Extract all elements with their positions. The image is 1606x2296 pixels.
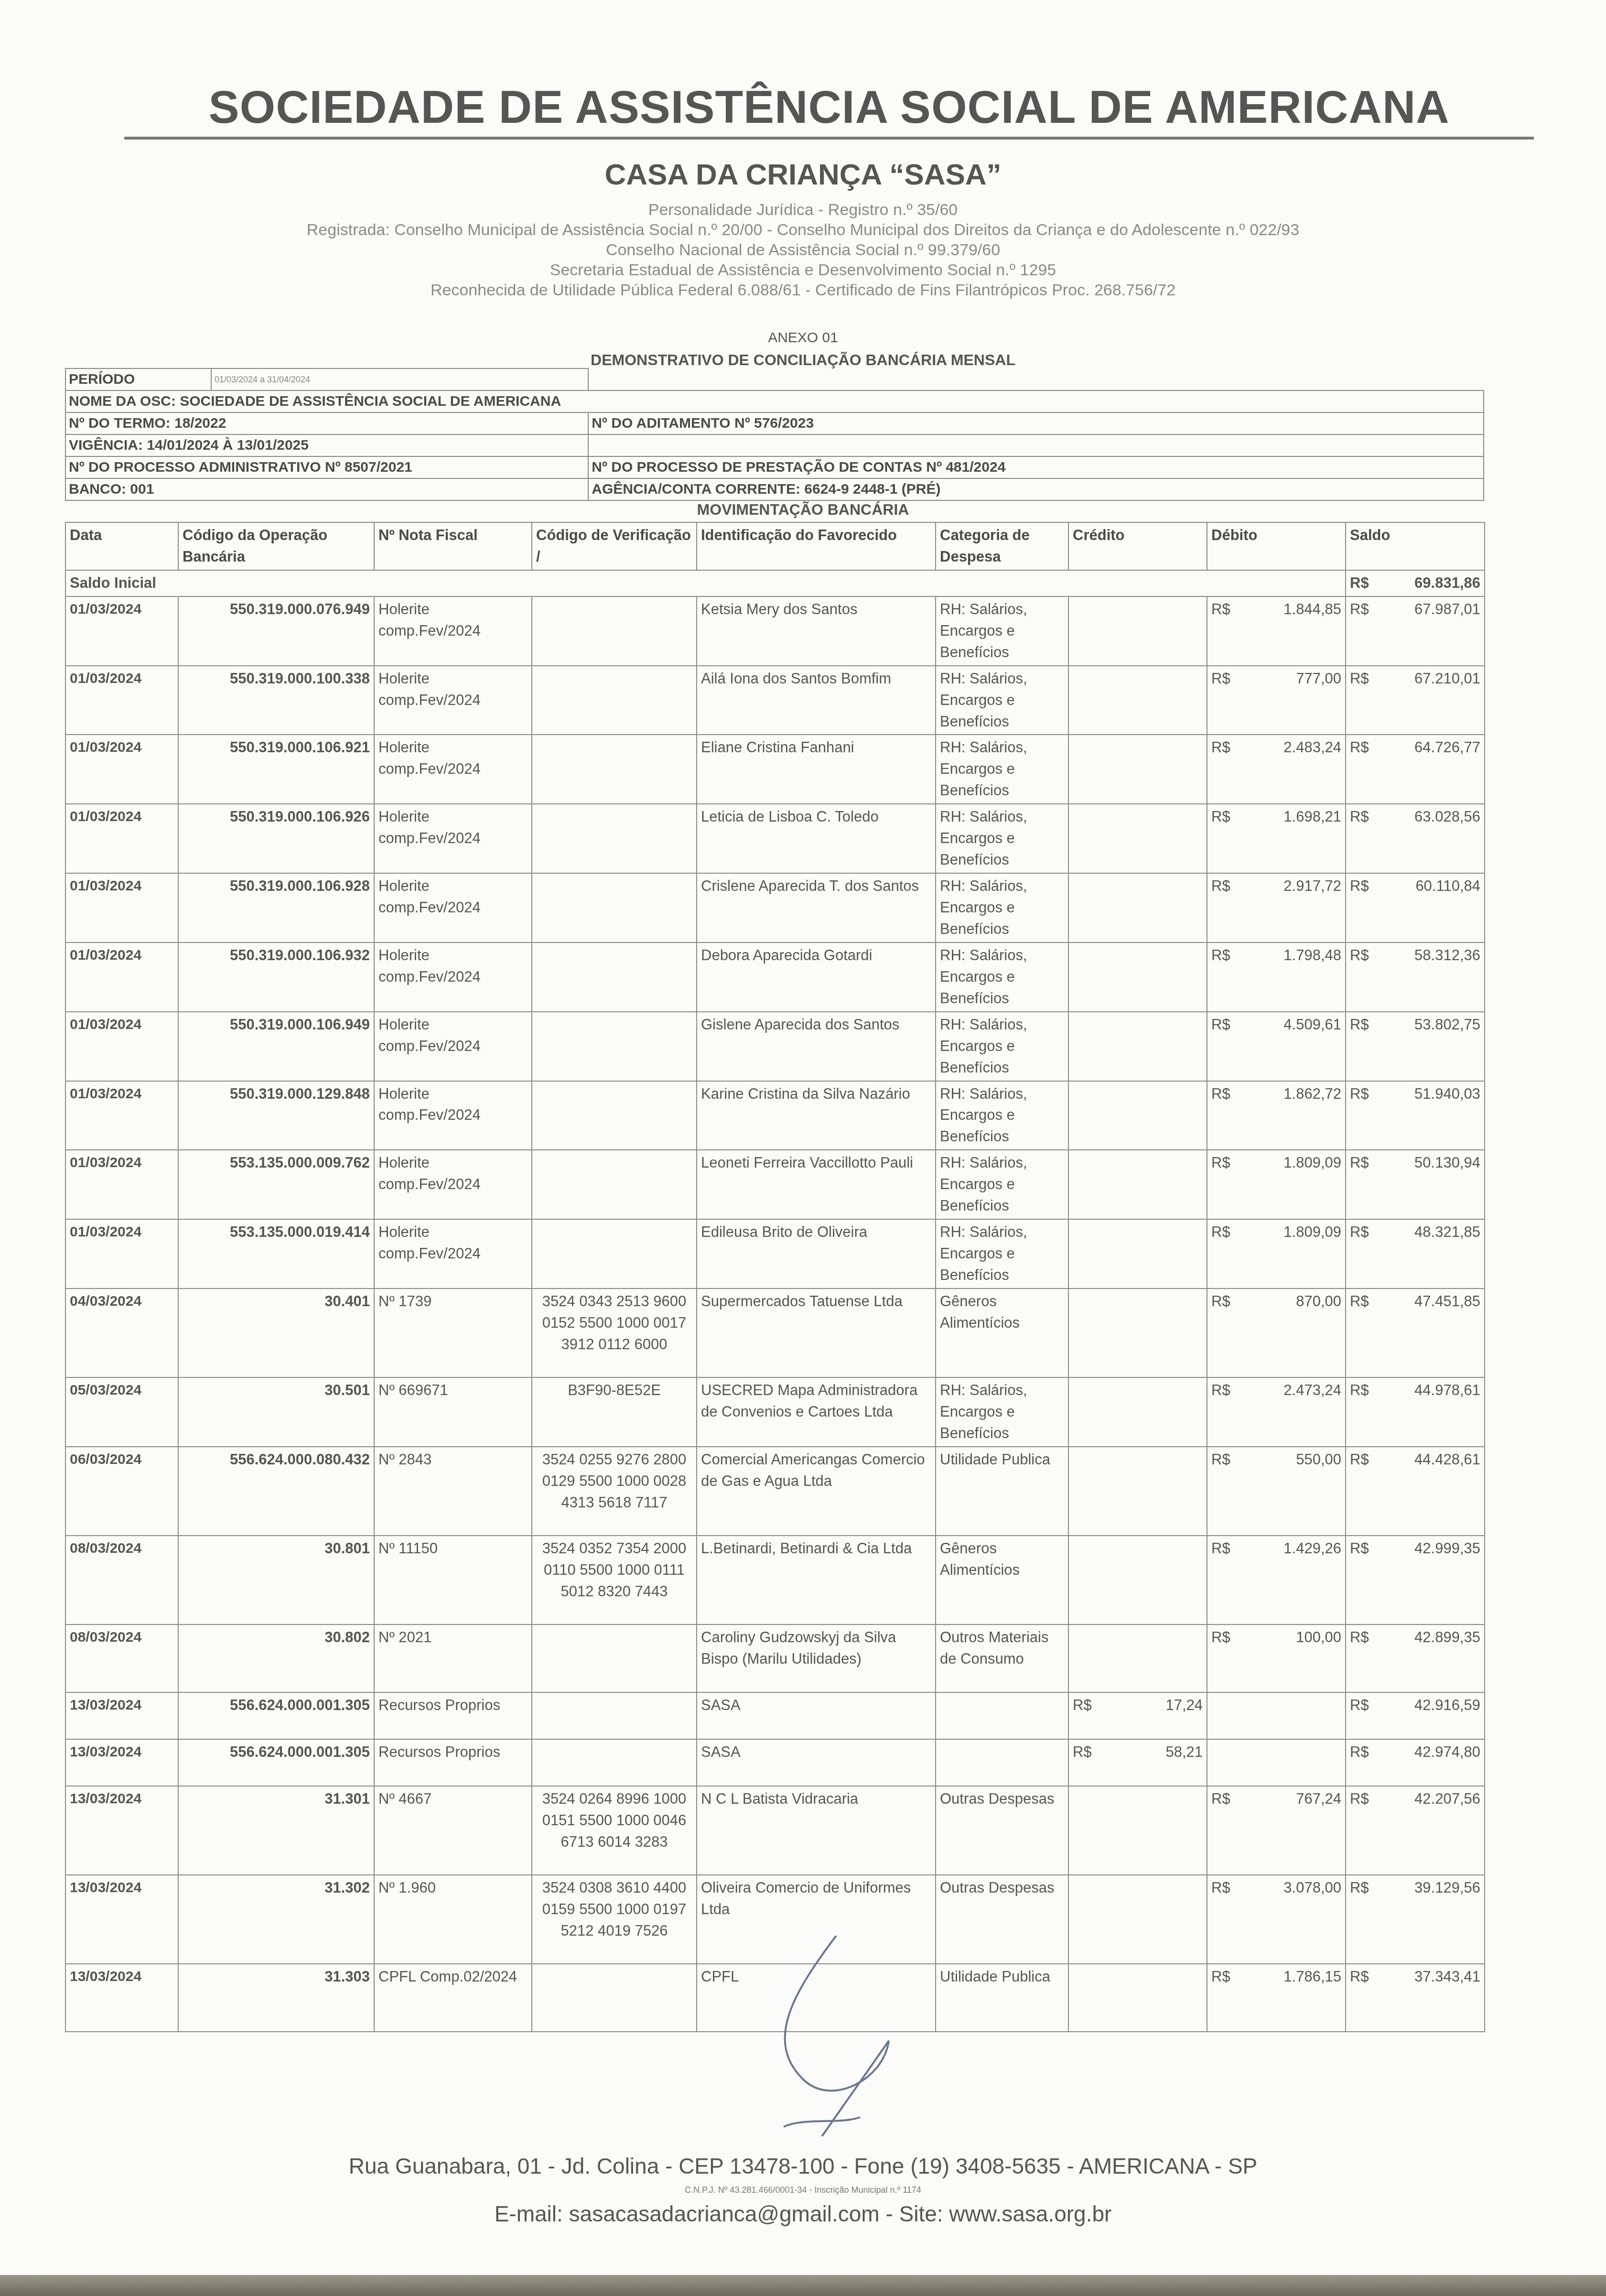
cell-credit (1068, 596, 1207, 666)
col-header: Nº Nota Fiscal (374, 522, 532, 570)
cell-date: 01/03/2024 (65, 942, 178, 1012)
cell-saldo: R$42.974,80 (1346, 1739, 1485, 1786)
cell-category: Outras Despesas (936, 1786, 1068, 1875)
cell-saldo: R$63.028,56 (1346, 804, 1485, 873)
cell-nota-fiscal: Nº 669671 (374, 1377, 532, 1447)
agencia-conta: AGÊNCIA/CONTA CORRENTE: 6624-9 2448-1 (P… (588, 478, 1484, 500)
cell-category: RH: Salários, Encargos e Benefícios (936, 735, 1068, 804)
cell-credit (1068, 1150, 1207, 1219)
col-header: Código da Operação Bancária (178, 522, 374, 570)
cell-credit (1068, 1536, 1207, 1625)
cell-saldo: R$51.940,03 (1346, 1081, 1485, 1150)
cell-date: 01/03/2024 (65, 596, 178, 666)
cell-category: Gêneros Alimentícios (936, 1289, 1068, 1377)
cell-date: 13/03/2024 (65, 1786, 178, 1875)
saldo-inicial-value: R$69.831,86 (1346, 570, 1485, 596)
footer-cnpj: C.N.P.J. Nº 43.281.466/0001-34 - Inscriç… (0, 2185, 1606, 2195)
anexo-label: ANEXO 01 (0, 330, 1606, 346)
cell-operation-code: 550.319.000.106.932 (178, 942, 374, 1012)
cell-nota-fiscal: Holerite comp.Fev/2024 (374, 596, 532, 666)
cell-saldo: R$58.312,36 (1346, 942, 1485, 1012)
cell-date: 01/03/2024 (65, 735, 178, 804)
org-subtitle: CASA DA CRIANÇA “SASA” (0, 158, 1606, 192)
table-row: 05/03/202430.501Nº 669671B3F90-8E52EUSEC… (65, 1377, 1485, 1447)
cell-nota-fiscal: Holerite comp.Fev/2024 (374, 942, 532, 1012)
col-header: Crédito (1068, 522, 1207, 570)
periodo-label: PERÍODO (65, 368, 211, 390)
cell-nota-fiscal: Holerite comp.Fev/2024 (374, 1150, 532, 1219)
cell-date: 13/03/2024 (65, 1875, 178, 1964)
cell-category: RH: Salários, Encargos e Benefícios (936, 1150, 1068, 1219)
cell-saldo: R$67.987,01 (1346, 596, 1485, 666)
cell-operation-code: 31.301 (178, 1786, 374, 1875)
cell-category (936, 1739, 1068, 1786)
cell-debit: R$1.698,21 (1207, 804, 1346, 873)
aditamento: Nº DO ADITAMENTO Nº 576/2023 (588, 412, 1484, 434)
cell-category: RH: Salários, Encargos e Benefícios (936, 942, 1068, 1012)
registration-line: Personalidade Jurídica - Registro n.º 35… (0, 201, 1606, 219)
cell-saldo: R$64.726,77 (1346, 735, 1485, 804)
cell-credit (1068, 1012, 1207, 1081)
table-row: 01/03/2024550.319.000.106.921Holerite co… (65, 735, 1485, 804)
cell-verification-code (532, 1964, 697, 2032)
cell-credit (1068, 1625, 1207, 1692)
nome-osc: NOME DA OSC: SOCIEDADE DE ASSISTÊNCIA SO… (65, 390, 1484, 412)
saldo-inicial-label: Saldo Inicial (65, 570, 1346, 596)
cell-credit: R$58,21 (1068, 1739, 1207, 1786)
cell-saldo: R$67.210,01 (1346, 666, 1485, 735)
cell-favorecido: Edileusa Brito de Oliveira (697, 1219, 936, 1289)
cell-nota-fiscal: Holerite comp.Fev/2024 (374, 873, 532, 942)
cell-saldo: R$42.207,56 (1346, 1786, 1485, 1875)
cell-nota-fiscal: Holerite comp.Fev/2024 (374, 735, 532, 804)
cell-operation-code: 550.319.000.106.921 (178, 735, 374, 804)
cell-debit: R$550,00 (1207, 1447, 1346, 1536)
table-row: 01/03/2024550.319.000.106.926Holerite co… (65, 804, 1485, 873)
cell-credit (1068, 1377, 1207, 1447)
movimentacao-title: MOVIMENTAÇÃO BANCÁRIA (0, 501, 1606, 519)
col-header: Saldo (1346, 522, 1485, 570)
cell-debit: R$777,00 (1207, 666, 1346, 735)
cell-favorecido: Comercial Americangas Comercio de Gas e … (697, 1447, 936, 1536)
cell-credit (1068, 873, 1207, 942)
cell-category: Outros Materiais de Consumo (936, 1625, 1068, 1692)
cell-category (936, 1692, 1068, 1739)
scan-edge (0, 2275, 1606, 2296)
table-row: 08/03/202430.801Nº 111503524 0352 7354 2… (65, 1536, 1485, 1625)
cell-date: 01/03/2024 (65, 1012, 178, 1081)
cell-saldo: R$60.110,84 (1346, 873, 1485, 942)
cell-credit (1068, 1289, 1207, 1377)
cell-verification-code (532, 1012, 697, 1081)
cell-saldo: R$42.899,35 (1346, 1625, 1485, 1692)
cell-debit: R$2.917,72 (1207, 873, 1346, 942)
cell-favorecido: Caroliny Gudzowskyj da Silva Bispo (Mari… (697, 1625, 936, 1692)
cell-operation-code: 30.401 (178, 1289, 374, 1377)
table-row: 01/03/2024550.319.000.106.932Holerite co… (65, 942, 1485, 1012)
col-header: Código de Verificação / (532, 522, 697, 570)
cell-debit (1207, 1692, 1346, 1739)
cell-date: 13/03/2024 (65, 1964, 178, 2032)
cell-operation-code: 31.303 (178, 1964, 374, 2032)
cell-operation-code: 556.624.000.080.432 (178, 1447, 374, 1536)
cell-category: RH: Salários, Encargos e Benefícios (936, 1219, 1068, 1289)
cell-credit (1068, 1081, 1207, 1150)
cell-favorecido: Crislene Aparecida T. dos Santos (697, 873, 936, 942)
cell-operation-code: 556.624.000.001.305 (178, 1739, 374, 1786)
cell-verification-code (532, 735, 697, 804)
cell-favorecido: Leoneti Ferreira Vaccillotto Pauli (697, 1150, 936, 1219)
movimentacao-table: Data Código da Operação Bancária Nº Nota… (65, 522, 1485, 2032)
cell-date: 01/03/2024 (65, 873, 178, 942)
table-header-row: Data Código da Operação Bancária Nº Nota… (65, 522, 1485, 570)
cell-debit (1207, 1739, 1346, 1786)
vigencia: VIGÊNCIA: 14/01/2024 À 13/01/2025 (65, 434, 588, 456)
cell-verification-code (532, 1692, 697, 1739)
cell-category: RH: Salários, Encargos e Benefícios (936, 1081, 1068, 1150)
cell-debit: R$1.809,09 (1207, 1150, 1346, 1219)
org-title: SOCIEDADE DE ASSISTÊNCIA SOCIAL DE AMERI… (124, 81, 1534, 140)
cell-category: RH: Salários, Encargos e Benefícios (936, 666, 1068, 735)
cell-category: RH: Salários, Encargos e Benefícios (936, 1377, 1068, 1447)
cell-debit: R$1.429,26 (1207, 1536, 1346, 1625)
cell-debit: R$870,00 (1207, 1289, 1346, 1377)
cell-saldo: R$44.978,61 (1346, 1377, 1485, 1447)
cell-verification-code (532, 1081, 697, 1150)
cell-credit (1068, 1964, 1207, 2032)
cell-verification-code: 3524 0343 2513 9600 0152 5500 1000 0017 … (532, 1289, 697, 1377)
cell-credit (1068, 1875, 1207, 1964)
cell-nota-fiscal: Holerite comp.Fev/2024 (374, 666, 532, 735)
cell-favorecido: Ketsia Mery dos Santos (697, 596, 936, 666)
cell-credit (1068, 804, 1207, 873)
cell-date: 13/03/2024 (65, 1739, 178, 1786)
cell-credit: R$17,24 (1068, 1692, 1207, 1739)
table-row: 01/03/2024550.319.000.076.949Holerite co… (65, 596, 1485, 666)
cell-saldo: R$42.999,35 (1346, 1536, 1485, 1625)
cell-saldo: R$37.343,41 (1346, 1964, 1485, 2032)
cell-saldo: R$53.802,75 (1346, 1012, 1485, 1081)
cell-verification-code: B3F90-8E52E (532, 1377, 697, 1447)
cell-credit (1068, 735, 1207, 804)
cell-debit: R$1.844,85 (1207, 596, 1346, 666)
cell-credit (1068, 666, 1207, 735)
cell-debit: R$1.798,48 (1207, 942, 1346, 1012)
cell-favorecido: Leticia de Lisboa C. Toledo (697, 804, 936, 873)
cell-verification-code (532, 873, 697, 942)
cell-operation-code: 550.319.000.129.848 (178, 1081, 374, 1150)
registration-line: Registrada: Conselho Municipal de Assist… (0, 221, 1606, 239)
cell-category: Outras Despesas (936, 1875, 1068, 1964)
cell-nota-fiscal: Holerite comp.Fev/2024 (374, 804, 532, 873)
cell-nota-fiscal: Recursos Proprios (374, 1692, 532, 1739)
cell-debit: R$767,24 (1207, 1786, 1346, 1875)
cell-debit: R$1.786,15 (1207, 1964, 1346, 2032)
cell-favorecido: L.Betinardi, Betinardi & Cia Ltda (697, 1536, 936, 1625)
cell-saldo: R$48.321,85 (1346, 1219, 1485, 1289)
cell-category: Gêneros Alimentícios (936, 1536, 1068, 1625)
cell-verification-code: 3524 0308 3610 4400 0159 5500 1000 0197 … (532, 1875, 697, 1964)
cell-verification-code (532, 1150, 697, 1219)
cell-date: 13/03/2024 (65, 1692, 178, 1739)
cell-favorecido: Supermercados Tatuense Ltda (697, 1289, 936, 1377)
cell-date: 04/03/2024 (65, 1289, 178, 1377)
cell-favorecido: N C L Batista Vidracaria (697, 1786, 936, 1875)
cell-nota-fiscal: Holerite comp.Fev/2024 (374, 1081, 532, 1150)
cell-category: Utilidade Publica (936, 1447, 1068, 1536)
cell-date: 01/03/2024 (65, 666, 178, 735)
cell-debit: R$2.483,24 (1207, 735, 1346, 804)
periodo-value: 01/03/2024 a 31/04/2024 (211, 368, 588, 390)
col-header: Identificação do Favorecido (697, 522, 936, 570)
cell-favorecido: Gislene Aparecida dos Santos (697, 1012, 936, 1081)
termo: Nº DO TERMO: 18/2022 (65, 412, 588, 434)
cell-date: 01/03/2024 (65, 1219, 178, 1289)
table-row: 01/03/2024550.319.000.100.338Holerite co… (65, 666, 1485, 735)
cell-credit (1068, 942, 1207, 1012)
cell-category: RH: Salários, Encargos e Benefícios (936, 1012, 1068, 1081)
cell-operation-code: 30.501 (178, 1377, 374, 1447)
cell-category: RH: Salários, Encargos e Benefícios (936, 873, 1068, 942)
cell-favorecido: SASA (697, 1692, 936, 1739)
saldo-inicial-row: Saldo Inicial R$69.831,86 (65, 570, 1485, 596)
table-row: 01/03/2024550.319.000.129.848Holerite co… (65, 1081, 1485, 1150)
footer-address: Rua Guanabara, 01 - Jd. Colina - CEP 134… (0, 2153, 1606, 2179)
cell-date: 06/03/2024 (65, 1447, 178, 1536)
cell-credit (1068, 1447, 1207, 1536)
cell-nota-fiscal: Nº 11150 (374, 1536, 532, 1625)
cell-operation-code: 30.801 (178, 1536, 374, 1625)
cell-nota-fiscal: Nº 2021 (374, 1625, 532, 1692)
cell-verification-code (532, 804, 697, 873)
cell-saldo: R$50.130,94 (1346, 1150, 1485, 1219)
col-header: Débito (1207, 522, 1346, 570)
cell-debit: R$3.078,00 (1207, 1875, 1346, 1964)
table-row: 04/03/202430.401Nº 17393524 0343 2513 96… (65, 1289, 1485, 1377)
cell-date: 08/03/2024 (65, 1536, 178, 1625)
cell-verification-code (532, 1219, 697, 1289)
cell-category: RH: Salários, Encargos e Benefícios (936, 804, 1068, 873)
footer-contact: E-mail: sasacasadacrianca@gmail.com - Si… (0, 2201, 1606, 2227)
cell-nota-fiscal: Nº 4667 (374, 1786, 532, 1875)
cell-nota-fiscal: Nº 1739 (374, 1289, 532, 1377)
table-row: 13/03/202431.301Nº 46673524 0264 8996 10… (65, 1786, 1485, 1875)
cell-verification-code (532, 1625, 697, 1692)
cell-nota-fiscal: Holerite comp.Fev/2024 (374, 1012, 532, 1081)
cell-verification-code: 3524 0352 7354 2000 0110 5500 1000 0111 … (532, 1536, 697, 1625)
document-page: SOCIEDADE DE ASSISTÊNCIA SOCIAL DE AMERI… (0, 0, 1606, 2296)
cell-nota-fiscal: Nº 2843 (374, 1447, 532, 1536)
processo-prestacao-contas: Nº DO PROCESSO DE PRESTAÇÃO DE CONTAS Nº… (588, 456, 1484, 478)
cell-verification-code: 3524 0255 9276 2800 0129 5500 1000 0028 … (532, 1447, 697, 1536)
cell-date: 08/03/2024 (65, 1625, 178, 1692)
cell-favorecido: Debora Aparecida Gotardi (697, 942, 936, 1012)
cell-operation-code: 550.319.000.106.926 (178, 804, 374, 873)
cell-verification-code (532, 596, 697, 666)
cell-category: Utilidade Publica (936, 1964, 1068, 2032)
cell-favorecido: USECRED Mapa Administradora de Convenios… (697, 1377, 936, 1447)
cell-debit: R$1.862,72 (1207, 1081, 1346, 1150)
cell-debit: R$1.809,09 (1207, 1219, 1346, 1289)
cell-credit (1068, 1219, 1207, 1289)
cell-nota-fiscal: CPFL Comp.02/2024 (374, 1964, 532, 2032)
processo-administrativo: Nº DO PROCESSO ADMINISTRATIVO Nº 8507/20… (65, 456, 588, 478)
cell-date: 01/03/2024 (65, 1150, 178, 1219)
document-title: DEMONSTRATIVO DE CONCILIAÇÃO BANCÁRIA ME… (0, 351, 1606, 369)
cell-date: 01/03/2024 (65, 804, 178, 873)
cell-date: 05/03/2024 (65, 1377, 178, 1447)
cell-operation-code: 30.802 (178, 1625, 374, 1692)
cell-saldo: R$44.428,61 (1346, 1447, 1485, 1536)
cell-verification-code (532, 1739, 697, 1786)
cell-debit: R$2.473,24 (1207, 1377, 1346, 1447)
col-header: Data (65, 522, 178, 570)
table-row: 01/03/2024550.319.000.106.928Holerite co… (65, 873, 1485, 942)
cell-debit: R$4.509,61 (1207, 1012, 1346, 1081)
cell-saldo: R$47.451,85 (1346, 1289, 1485, 1377)
cell-debit: R$100,00 (1207, 1625, 1346, 1692)
info-table: PERÍODO 01/03/2024 a 31/04/2024 NOME DA … (65, 368, 1484, 501)
table-row: 01/03/2024550.319.000.106.949Holerite co… (65, 1012, 1485, 1081)
cell-favorecido: Eliane Cristina Fanhani (697, 735, 936, 804)
table-row: 06/03/2024556.624.000.080.432Nº 28433524… (65, 1447, 1485, 1536)
cell-favorecido: SASA (697, 1739, 936, 1786)
cell-nota-fiscal: Recursos Proprios (374, 1739, 532, 1786)
cell-credit (1068, 1786, 1207, 1875)
cell-date: 01/03/2024 (65, 1081, 178, 1150)
table-row: 13/03/2024556.624.000.001.305Recursos Pr… (65, 1739, 1485, 1786)
registration-line: Secretaria Estadual de Assistência e Des… (0, 261, 1606, 280)
cell-verification-code (532, 942, 697, 1012)
table-row: 01/03/2024553.135.000.019.414Holerite co… (65, 1219, 1485, 1289)
cell-operation-code: 553.135.000.009.762 (178, 1150, 374, 1219)
cell-operation-code: 550.319.000.106.949 (178, 1012, 374, 1081)
cell-saldo: R$39.129,56 (1346, 1875, 1485, 1964)
cell-operation-code: 550.319.000.106.928 (178, 873, 374, 942)
cell-favorecido: Karine Cristina da Silva Nazário (697, 1081, 936, 1150)
cell-operation-code: 550.319.000.076.949 (178, 596, 374, 666)
col-header: Categoria de Despesa (936, 522, 1068, 570)
cell-operation-code: 556.624.000.001.305 (178, 1692, 374, 1739)
cell-operation-code: 553.135.000.019.414 (178, 1219, 374, 1289)
table-row: 08/03/202430.802Nº 2021Caroliny Gudzowsk… (65, 1625, 1485, 1692)
cell-saldo: R$42.916,59 (1346, 1692, 1485, 1739)
cell-operation-code: 550.319.000.100.338 (178, 666, 374, 735)
cell-favorecido: Ailá Iona dos Santos Bomfim (697, 666, 936, 735)
banco: BANCO: 001 (65, 478, 588, 500)
table-row: 13/03/2024556.624.000.001.305Recursos Pr… (65, 1692, 1485, 1739)
cell-verification-code (532, 666, 697, 735)
registration-line: Reconhecida de Utilidade Pública Federal… (0, 281, 1606, 300)
signature-mark (765, 1936, 908, 2136)
cell-nota-fiscal: Holerite comp.Fev/2024 (374, 1219, 532, 1289)
cell-category: RH: Salários, Encargos e Benefícios (936, 596, 1068, 666)
cell-verification-code: 3524 0264 8996 1000 0151 5500 1000 0046 … (532, 1786, 697, 1875)
cell-operation-code: 31.302 (178, 1875, 374, 1964)
table-row: 01/03/2024553.135.000.009.762Holerite co… (65, 1150, 1485, 1219)
cell-nota-fiscal: Nº 1.960 (374, 1875, 532, 1964)
registration-line: Conselho Nacional de Assistência Social … (0, 241, 1606, 260)
